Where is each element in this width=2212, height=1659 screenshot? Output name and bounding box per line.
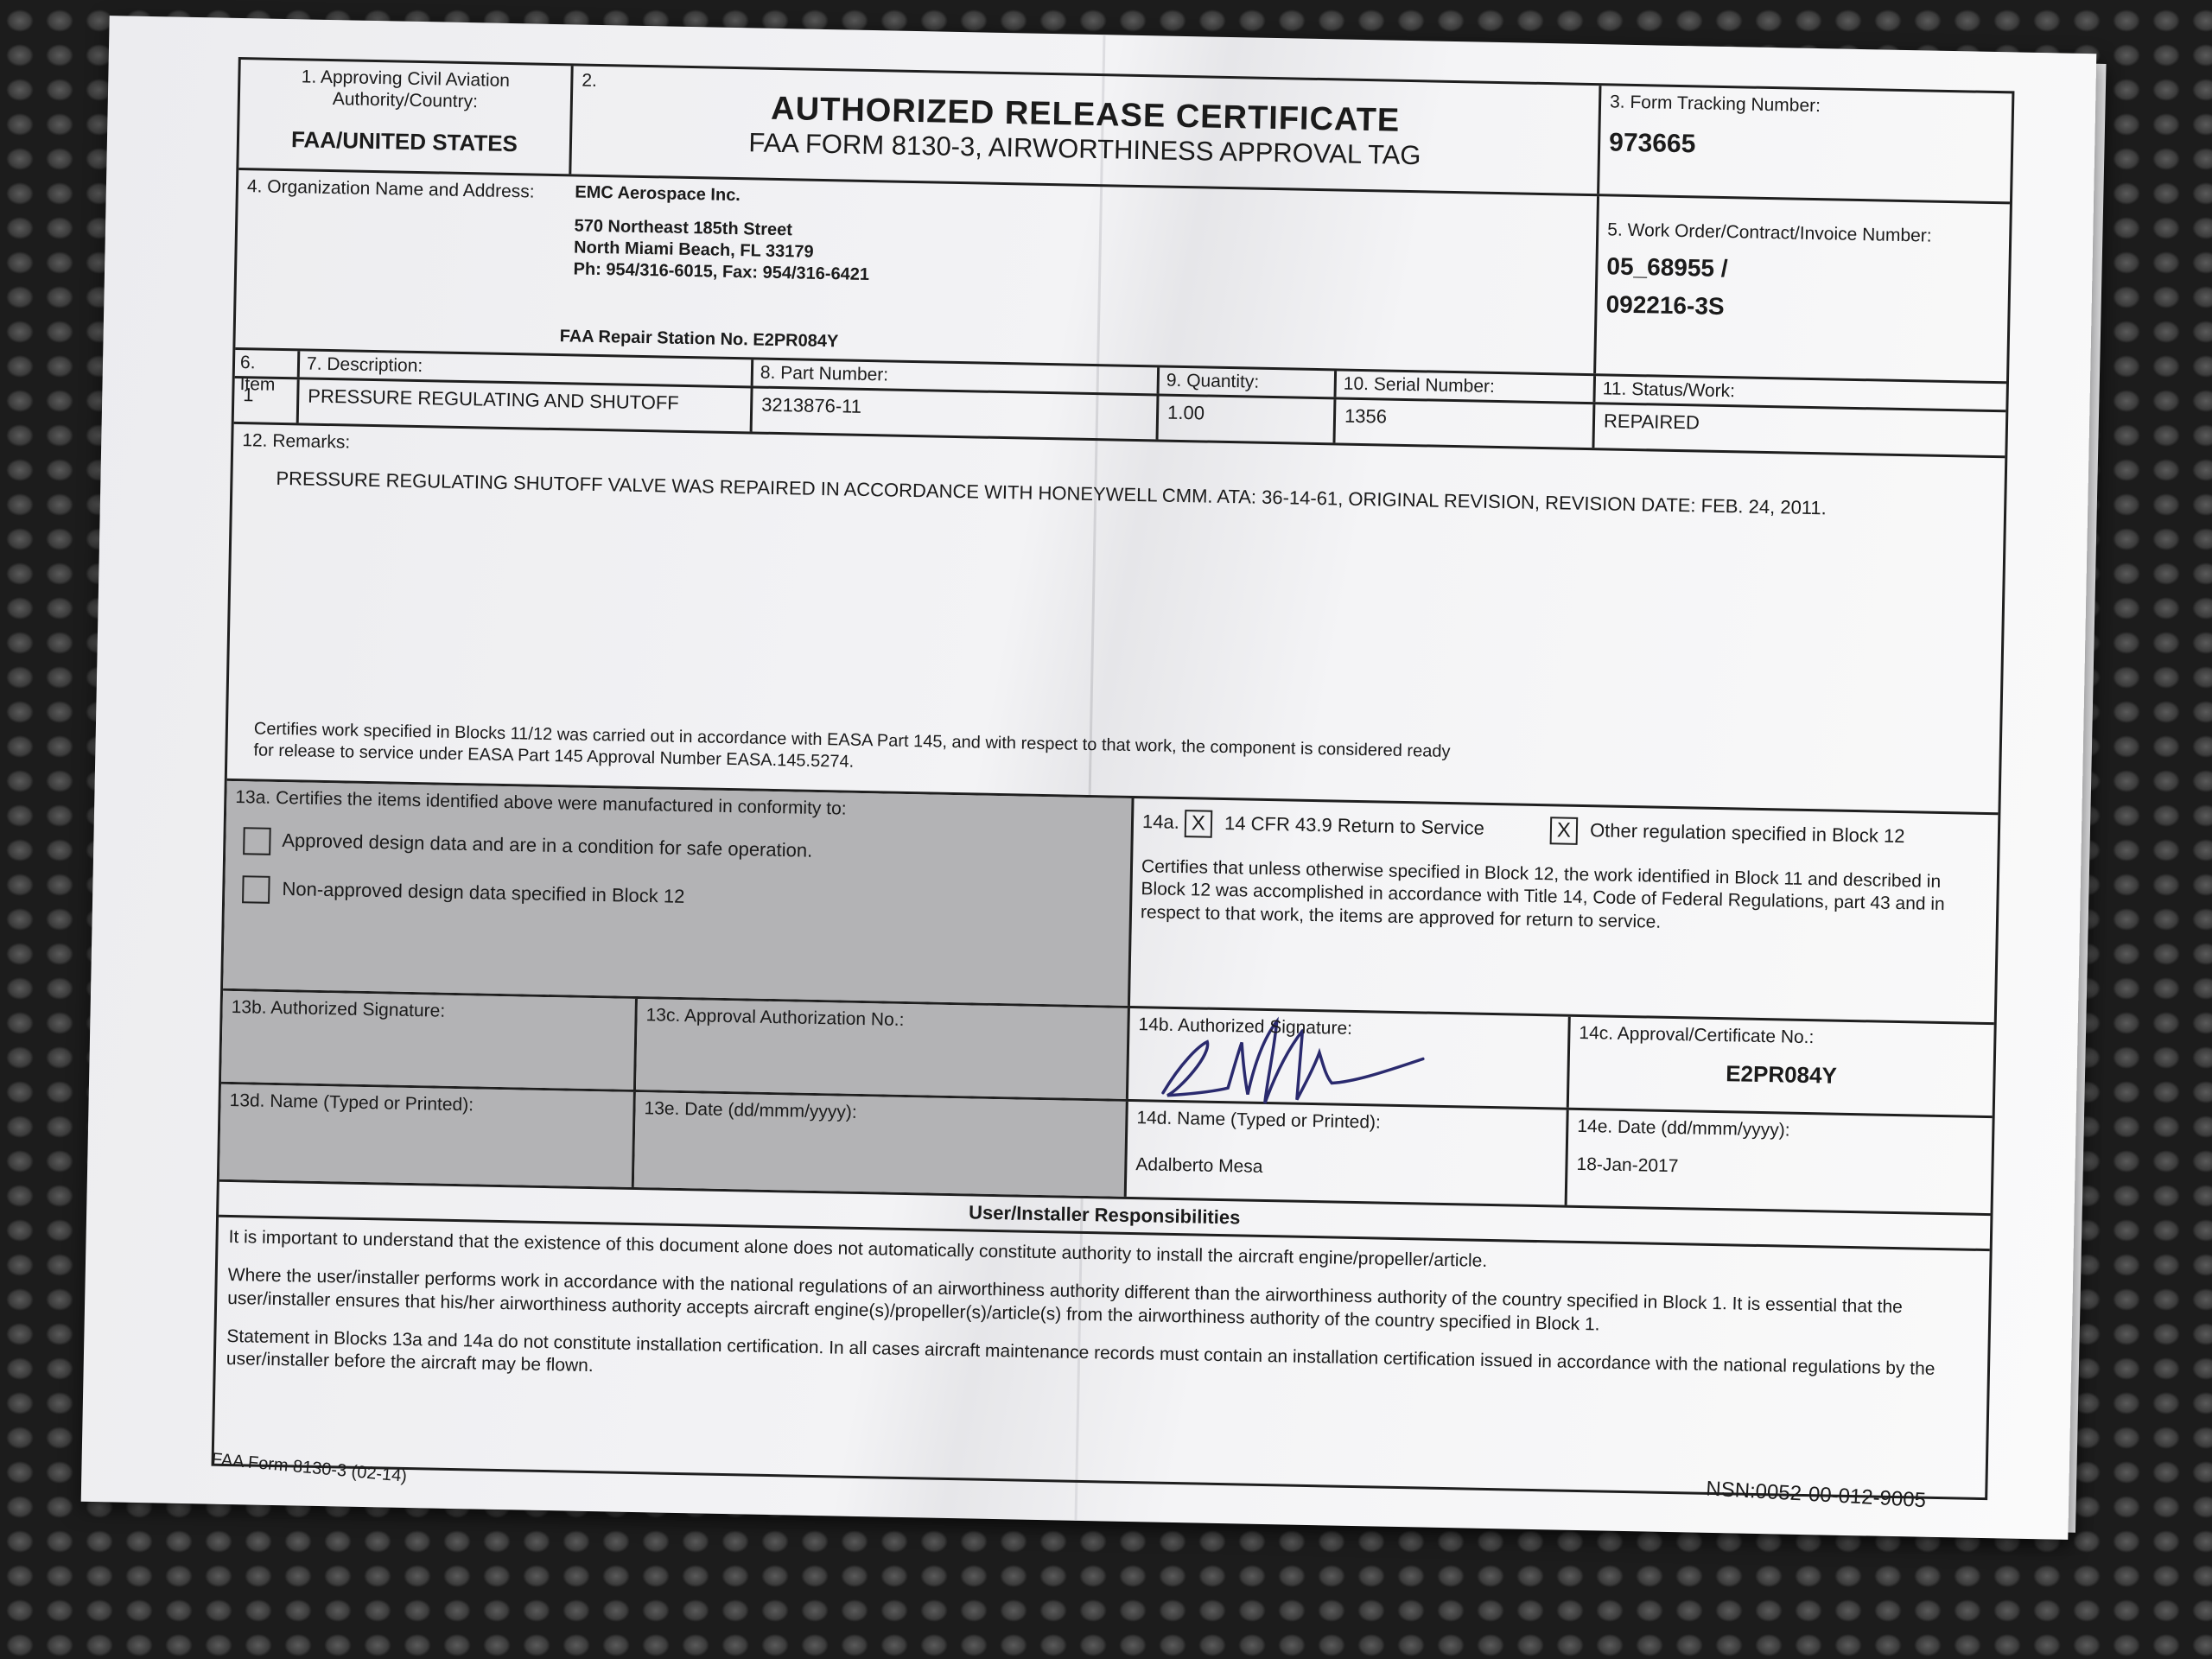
block-14e-label: 14e. Date (dd/mmm/yyyy): <box>1577 1116 1983 1145</box>
block-14c: 14c. Approval/Certificate No.: E2PR084Y <box>1569 1017 1994 1116</box>
block-5-label: 5. Work Order/Contract/Invoice Number: <box>1607 219 2000 248</box>
block-14a-statement: Certifies that unless otherwise specifie… <box>1141 855 1971 939</box>
item-description: PRESSURE REGULATING AND SHUTOFF <box>299 379 753 431</box>
remarks-row: 12. Remarks: PRESSURE REGULATING SHUTOFF… <box>227 424 2005 815</box>
block-14e: 14e. Date (dd/mmm/yyyy): 18-Jan-2017 <box>1567 1110 1993 1213</box>
release-date: 18-Jan-2017 <box>1576 1154 1982 1183</box>
block-13e-label: 13e. Date (dd/mmm/yyyy): <box>644 1097 1116 1128</box>
work-order-number: 05_68955 / <box>1606 253 2000 289</box>
item-quantity: 1.00 <box>1159 396 1337 442</box>
block-13d-label: 13d. Name (Typed or Printed): <box>229 1090 624 1119</box>
easa-statement: Certifies work specified in Blocks 11/12… <box>253 718 1464 785</box>
block-3: 3. Form Tracking Number: 973665 <box>1599 86 2012 201</box>
organization-phone-fax: Ph: 954/316-6015, Fax: 954/316-6421 <box>573 258 869 286</box>
form-8130-3: 1. Approving Civil Aviation Authority/Co… <box>212 57 2015 1500</box>
block-4-label: 4. Organization Name and Address: <box>247 175 571 203</box>
option-other-regulation[interactable]: X Other regulation specified in Block 12 <box>1550 818 1905 847</box>
item-serial-number: 1356 <box>1335 399 1595 448</box>
other-regulation-label: Other regulation specified in Block 12 <box>1590 819 1905 847</box>
block-3-label: 3. Form Tracking Number: <box>1610 91 2003 120</box>
option-non-approved-design-data[interactable]: Non-approved design data specified in Bl… <box>242 875 1121 920</box>
responsibilities-row: It is important to understand that the e… <box>214 1217 1990 1497</box>
certificate-paper: 1. Approving Civil Aviation Authority/Co… <box>81 16 2097 1540</box>
block-14a-label: 14a. <box>1142 810 1179 833</box>
header-serial-number: 10. Serial Number: <box>1337 371 1597 402</box>
block-4: 4. Organization Name and Address: EMC Ae… <box>235 170 1599 373</box>
block-2: 2. AUTHORIZED RELEASE CERTIFICATE FAA FO… <box>571 66 1601 194</box>
block-13b: 13b. Authorized Signature: <box>221 991 638 1090</box>
block-14b: 14b. Authorized Signature: <box>1128 1008 1571 1108</box>
organization-row: 4. Organization Name and Address: EMC Ae… <box>235 170 2010 384</box>
block-14d: 14d. Name (Typed or Printed): Adalberto … <box>1127 1102 1569 1205</box>
block-12: 12. Remarks: PRESSURE REGULATING SHUTOFF… <box>227 424 2005 812</box>
option-non-approved-label: Non-approved design data specified in Bl… <box>282 878 684 907</box>
block-13c: 13c. Approval Authorization No.: <box>636 999 1130 1099</box>
block-13d: 13d. Name (Typed or Printed): <box>219 1084 636 1187</box>
block-5: 5. Work Order/Contract/Invoice Number: 0… <box>1596 196 2010 381</box>
responsibilities-text: It is important to understand that the e… <box>214 1217 1990 1497</box>
item-status-work: REPAIRED <box>1594 404 2005 455</box>
approving-authority: FAA/UNITED STATES <box>248 126 562 159</box>
block-1: 1. Approving Civil Aviation Authority/Co… <box>238 60 573 174</box>
header-quantity: 9. Quantity: <box>1160 367 1338 397</box>
block-2-label: 2. <box>582 70 597 92</box>
block-13b-label: 13b. Authorized Signature: <box>231 996 626 1026</box>
block-13a: 13a. Certifies the items identified abov… <box>223 781 1134 1006</box>
certification-row: 13a. Certifies the items identified abov… <box>223 781 1998 1025</box>
form-tracking-number: 973665 <box>1609 129 2003 166</box>
invoice-number: 092216-3S <box>1605 291 1999 327</box>
item-part-number: 3213876-11 <box>753 388 1160 439</box>
block-14a: 14a. X 14 CFR 43.9 Return to Service X O… <box>1130 798 1998 1022</box>
option-approved-design-data[interactable]: Approved design data and are in a condit… <box>243 827 1122 872</box>
option-approved-label: Approved design data and are in a condit… <box>282 829 812 861</box>
block-13e: 13e. Date (dd/mmm/yyyy): <box>634 1092 1128 1197</box>
header-item: 6. Item <box>235 350 301 377</box>
checkbox-approved-design-data[interactable] <box>243 827 271 855</box>
checkbox-return-to-service[interactable]: X <box>1185 810 1213 838</box>
block-1-label: 1. Approving Civil Aviation Authority/Co… <box>249 65 563 114</box>
block-14d-label: 14d. Name (Typed or Printed): <box>1136 1107 1557 1137</box>
item-number: 1 <box>234 378 300 423</box>
block-13c-label: 13c. Approval Authorization No.: <box>645 1004 1118 1035</box>
checkbox-other-regulation[interactable]: X <box>1550 817 1579 845</box>
checkbox-non-approved-design-data[interactable] <box>242 875 270 904</box>
return-to-service-label: 14 CFR 43.9 Return to Service <box>1224 812 1484 839</box>
authorized-person-name: Adalberto Mesa <box>1135 1154 1556 1183</box>
repair-station-number: FAA Repair Station No. E2PR084Y <box>559 327 838 352</box>
approval-certificate-number: E2PR084Y <box>1578 1058 1985 1092</box>
block-14a-options: 14a. X 14 CFR 43.9 Return to Service X O… <box>1142 809 1989 853</box>
block-14c-label: 14c. Approval/Certificate No.: <box>1579 1022 1985 1052</box>
organization-address: EMC Aerospace Inc. 570 Northeast 185th S… <box>573 181 871 286</box>
option-return-to-service[interactable]: X 14 CFR 43.9 Return to Service <box>1185 811 1490 839</box>
